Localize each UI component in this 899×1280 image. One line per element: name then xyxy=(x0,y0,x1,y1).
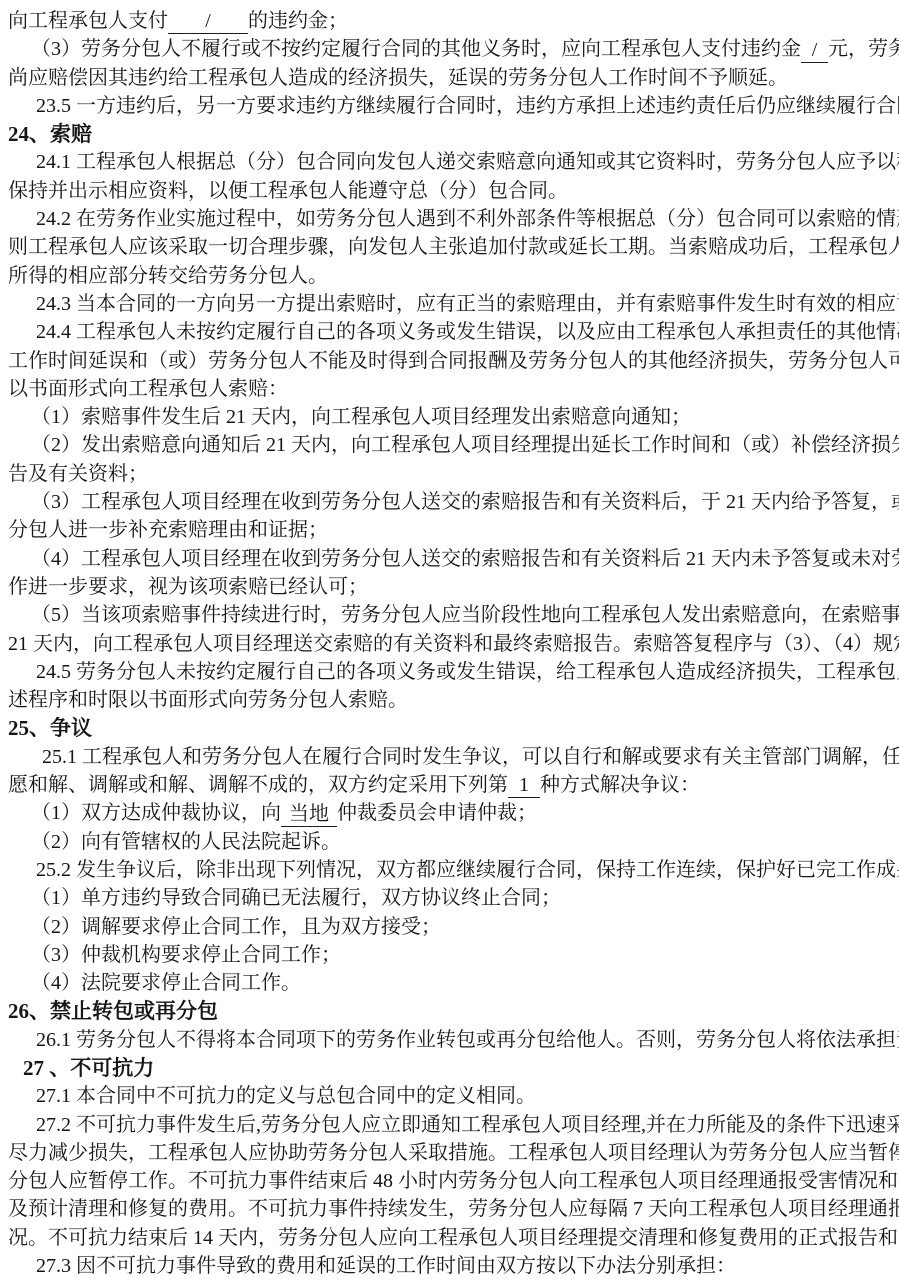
text-line: （3）仲裁机构要求停止合同工作； xyxy=(8,941,895,969)
text-segment: 24、索赔 xyxy=(8,122,92,146)
text-segment: 27.1 本合同中不可抗力的定义与总包合同中的定义相同。 xyxy=(36,1085,536,1107)
text-segment: （4）工程承包人项目经理在收到劳务分包人送交的索赔报告和有关资料后 21 天内未… xyxy=(31,548,899,570)
text-line: 27.3 因不可抗力事件导致的费用和延误的工作时间由双方按以下办法分别承担： xyxy=(8,1252,895,1280)
text-segment: （2）发出索赔意向通知后 21 天内，向工程承包人项目经理提出延长工作时间和（或… xyxy=(31,434,899,456)
fill-in-blank: / xyxy=(168,9,248,34)
text-segment: 26.1 劳务分包人不得将本合同项下的劳务作业转包或再分包给他人。否则，劳务分包… xyxy=(36,1029,899,1051)
text-segment: 元，劳务分包人 xyxy=(828,38,899,60)
fill-in-blank: 当地 xyxy=(281,802,337,827)
text-segment: 则工程承包人应该采取一切合理步骤，向发包人主张追加付款或延长工期。当索赔成功后，… xyxy=(8,236,899,258)
text-segment: 24.2 在劳务作业实施过程中，如劳务分包人遇到不利外部条件等根据总（分）包合同… xyxy=(36,208,899,230)
text-segment: （2）向有管辖权的人民法院起诉。 xyxy=(31,831,341,853)
text-line: 愿和解、调解或和解、调解不成的，双方约定采用下列第1种方式解决争议： xyxy=(8,771,895,799)
text-segment: 27 、不可抗力 xyxy=(23,1056,154,1080)
text-segment: 告及有关资料； xyxy=(8,463,148,485)
text-segment: 作进一步要求，视为该项索赔已经认可； xyxy=(8,576,368,598)
text-line: （3）工程承包人项目经理在收到劳务分包人送交的索赔报告和有关资料后，于 21 天… xyxy=(8,488,895,516)
text-segment: 尚应赔偿因其违约给工程承包人造成的经济损失，延误的劳务分包人工作时间不予顺延。 xyxy=(8,67,788,89)
text-segment: 25.2 发生争议后，除非出现下列情况，双方都应继续履行合同，保持工作连续，保护… xyxy=(36,859,899,881)
text-line: 24.4 工程承包人未按约定履行自己的各项义务或发生错误，以及应由工程承包人承担… xyxy=(8,318,895,346)
text-segment: 所得的相应部分转交给劳务分包人。 xyxy=(8,265,328,287)
text-segment: 以书面形式向工程承包人索赔： xyxy=(8,378,288,400)
text-line: （2）发出索赔意向通知后 21 天内，向工程承包人项目经理提出延长工作时间和（或… xyxy=(8,431,895,459)
text-line: 25.2 发生争议后，除非出现下列情况，双方都应继续履行合同，保持工作连续，保护… xyxy=(8,856,895,884)
text-line: 27.1 本合同中不可抗力的定义与总包合同中的定义相同。 xyxy=(8,1082,895,1110)
text-line: 告及有关资料； xyxy=(8,460,895,488)
text-line: 尽力减少损失，工程承包人应协助劳务分包人采取措施。工程承包人项目经理认为劳务分包… xyxy=(8,1139,895,1167)
text-segment: 述程序和时限以书面形式向劳务分包人索赔。 xyxy=(8,689,408,711)
text-line: （2）向有管辖权的人民法院起诉。 xyxy=(8,828,895,856)
text-line: 况。不可抗力结束后 14 天内，劳务分包人应向工程承包人项目经理提交清理和修复费… xyxy=(8,1224,895,1252)
text-segment: （2）调解要求停止合同工作，且为双方接受； xyxy=(31,916,441,938)
text-line: 工作时间延误和（或）劳务分包人不能及时得到合同报酬及劳务分包人的其他经济损失，劳… xyxy=(8,347,895,375)
text-segment: （4）法院要求停止合同工作。 xyxy=(31,972,301,994)
text-line: 作进一步要求，视为该项索赔已经认可； xyxy=(8,573,895,601)
text-line: 向工程承包人支付/的违约金； xyxy=(8,7,895,35)
text-segment: 25、争议 xyxy=(8,716,92,740)
text-line: 及预计清理和修复的费用。不可抗力事件持续发生，劳务分包人应每隔 7 天向工程承包… xyxy=(8,1195,895,1223)
text-line: （4）法院要求停止合同工作。 xyxy=(8,969,895,997)
text-segment: （5）当该项索赔事件持续进行时，劳务分包人应当阶段性地向工程承包人发出索赔意向，… xyxy=(31,604,899,626)
text-segment: 24.5 劳务分包人未按约定履行自己的各项义务或发生错误，给工程承包人造成经济损… xyxy=(36,661,899,683)
text-line: 分包人进一步补充索赔理由和证据； xyxy=(8,516,895,544)
text-segment: 24.1 工程承包人根据总（分）包合同向发包人递交索赔意向通知或其它资料时，劳务… xyxy=(36,151,899,173)
text-segment: （1）单方违约导致合同确已无法履行，双方协议终止合同； xyxy=(31,887,561,909)
text-segment: 种方式解决争议： xyxy=(540,774,700,796)
text-segment: 26、禁止转包或再分包 xyxy=(8,999,218,1023)
text-segment: 及预计清理和修复的费用。不可抗力事件持续发生，劳务分包人应每隔 7 天向工程承包… xyxy=(8,1198,899,1220)
text-segment: 向工程承包人支付 xyxy=(8,10,168,32)
text-segment: （3）工程承包人项目经理在收到劳务分包人送交的索赔报告和有关资料后，于 21 天… xyxy=(31,491,899,513)
section-heading: 24、索赔 xyxy=(8,120,895,148)
document-page: 向工程承包人支付/的违约金；（3）劳务分包人不履行或不按约定履行合同的其他义务时… xyxy=(0,0,899,1280)
text-line: （1）索赔事件发生后 21 天内，向工程承包人项目经理发出索赔意向通知； xyxy=(8,403,895,431)
text-line: （1）双方达成仲裁协议，向当地仲裁委员会申请仲裁； xyxy=(8,799,895,827)
text-segment: 的违约金； xyxy=(248,10,348,32)
text-line: 则工程承包人应该采取一切合理步骤，向发包人主张追加付款或延长工期。当索赔成功后，… xyxy=(8,233,895,261)
text-segment: 24.3 当本合同的一方向另一方提出索赔时，应有正当的索赔理由，并有索赔事件发生… xyxy=(36,293,899,315)
text-line: 24.5 劳务分包人未按约定履行自己的各项义务或发生错误，给工程承包人造成经济损… xyxy=(8,658,895,686)
section-heading: 25、争议 xyxy=(8,714,895,742)
text-line: 24.1 工程承包人根据总（分）包合同向发包人递交索赔意向通知或其它资料时，劳务… xyxy=(8,148,895,176)
text-segment: 况。不可抗力结束后 14 天内，劳务分包人应向工程承包人项目经理提交清理和修复费… xyxy=(8,1227,899,1249)
text-line: 以书面形式向工程承包人索赔： xyxy=(8,375,895,403)
text-segment: 分包人应暂停工作。不可抗力事件结束后 48 小时内劳务分包人向工程承包人项目经理… xyxy=(8,1170,899,1192)
text-segment: （3）劳务分包人不履行或不按约定履行合同的其他义务时，应向工程承包人支付违约金 xyxy=(31,38,801,60)
section-heading: 27 、不可抗力 xyxy=(8,1054,895,1082)
fill-in-blank: 1 xyxy=(508,773,540,798)
fill-in-blank: / xyxy=(801,38,828,63)
text-segment: 25.1 工程承包人和劳务分包人在履行合同时发生争议，可以自行和解或要求有关主管… xyxy=(42,746,899,768)
text-line: 保持并出示相应资料，以便工程承包人能遵守总（分）包合同。 xyxy=(8,177,895,205)
text-segment: 工作时间延误和（或）劳务分包人不能及时得到合同报酬及劳务分包人的其他经济损失，劳… xyxy=(8,350,899,372)
text-segment: 27.3 因不可抗力事件导致的费用和延误的工作时间由双方按以下办法分别承担： xyxy=(36,1255,736,1277)
text-line: （1）单方违约导致合同确已无法履行，双方协议终止合同； xyxy=(8,884,895,912)
text-segment: 尽力减少损失，工程承包人应协助劳务分包人采取措施。工程承包人项目经理认为劳务分包… xyxy=(8,1142,899,1164)
text-segment: 保持并出示相应资料，以便工程承包人能遵守总（分）包合同。 xyxy=(8,180,568,202)
text-segment: 分包人进一步补充索赔理由和证据； xyxy=(8,519,328,541)
text-segment: 21 天内，向工程承包人项目经理送交索赔的有关资料和最终索赔报告。索赔答复程序与… xyxy=(8,633,899,655)
text-segment: 愿和解、调解或和解、调解不成的，双方约定采用下列第 xyxy=(8,774,508,796)
text-line: 所得的相应部分转交给劳务分包人。 xyxy=(8,262,895,290)
text-line: 述程序和时限以书面形式向劳务分包人索赔。 xyxy=(8,686,895,714)
text-line: （2）调解要求停止合同工作，且为双方接受； xyxy=(8,913,895,941)
text-line: （4）工程承包人项目经理在收到劳务分包人送交的索赔报告和有关资料后 21 天内未… xyxy=(8,545,895,573)
text-segment: 27.2 不可抗力事件发生后,劳务分包人应立即通知工程承包人项目经理,并在力所能… xyxy=(36,1114,899,1136)
text-line: （3）劳务分包人不履行或不按约定履行合同的其他义务时，应向工程承包人支付违约金/… xyxy=(8,35,895,63)
text-line: 25.1 工程承包人和劳务分包人在履行合同时发生争议，可以自行和解或要求有关主管… xyxy=(8,743,895,771)
text-segment: 仲裁委员会申请仲裁； xyxy=(337,802,537,824)
text-line: 23.5 一方违约后，另一方要求违约方继续履行合同时，违约方承担上述违约责任后仍… xyxy=(8,92,895,120)
text-line: 分包人应暂停工作。不可抗力事件结束后 48 小时内劳务分包人向工程承包人项目经理… xyxy=(8,1167,895,1195)
text-segment: 23.5 一方违约后，另一方要求违约方继续履行合同时，违约方承担上述违约责任后仍… xyxy=(36,95,899,117)
text-line: （5）当该项索赔事件持续进行时，劳务分包人应当阶段性地向工程承包人发出索赔意向，… xyxy=(8,601,895,629)
text-line: 尚应赔偿因其违约给工程承包人造成的经济损失，延误的劳务分包人工作时间不予顺延。 xyxy=(8,64,895,92)
text-line: 27.2 不可抗力事件发生后,劳务分包人应立即通知工程承包人项目经理,并在力所能… xyxy=(8,1111,895,1139)
text-line: 24.2 在劳务作业实施过程中，如劳务分包人遇到不利外部条件等根据总（分）包合同… xyxy=(8,205,895,233)
text-line: 26.1 劳务分包人不得将本合同项下的劳务作业转包或再分包给他人。否则，劳务分包… xyxy=(8,1026,895,1054)
text-line: 24.3 当本合同的一方向另一方提出索赔时，应有正当的索赔理由，并有索赔事件发生… xyxy=(8,290,895,318)
text-segment: （1）索赔事件发生后 21 天内，向工程承包人项目经理发出索赔意向通知； xyxy=(31,406,691,428)
text-segment: （1）双方达成仲裁协议，向 xyxy=(31,802,281,824)
text-segment: 24.4 工程承包人未按约定履行自己的各项义务或发生错误，以及应由工程承包人承担… xyxy=(36,321,899,343)
text-line: 21 天内，向工程承包人项目经理送交索赔的有关资料和最终索赔报告。索赔答复程序与… xyxy=(8,630,895,658)
section-heading: 26、禁止转包或再分包 xyxy=(8,997,895,1025)
text-segment: （3）仲裁机构要求停止合同工作； xyxy=(31,944,341,966)
